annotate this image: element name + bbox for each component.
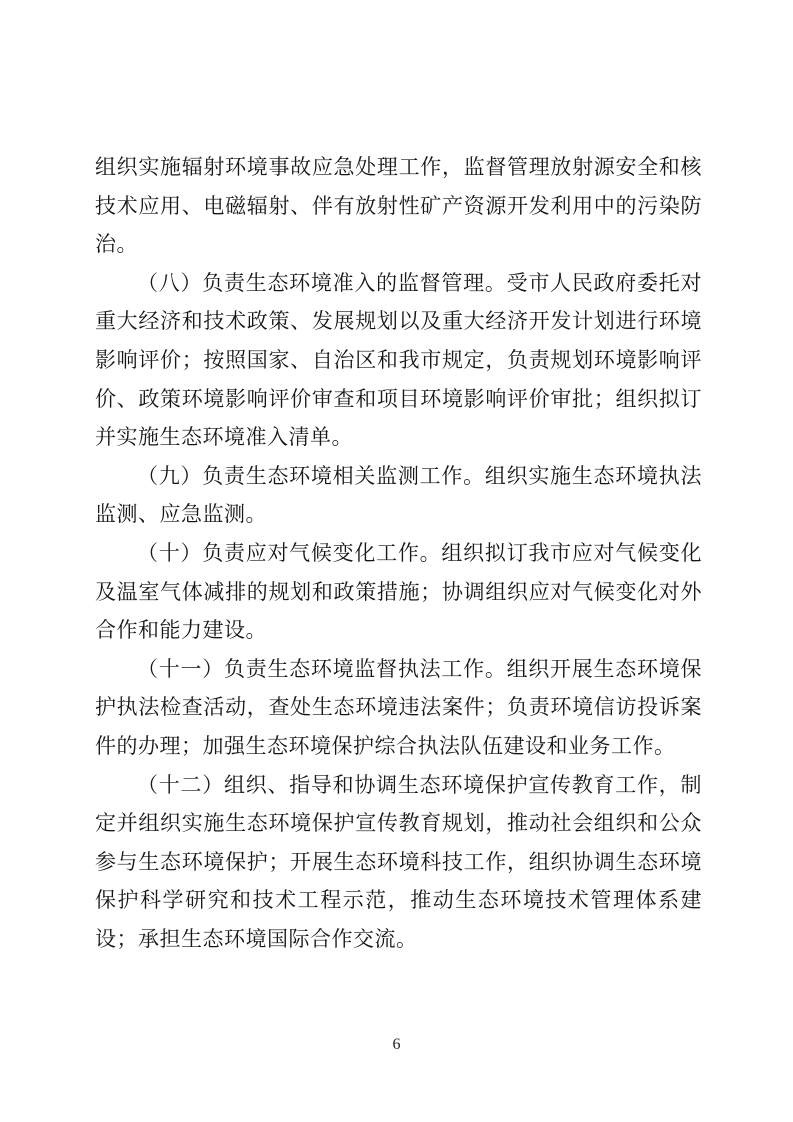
- paragraph: （八）负责生态环境准入的监督管理。受市人民政府委托对重大经济和技术政策、发展规划…: [95, 264, 702, 457]
- paragraph: （十二）组织、指导和协调生态环境保护宣传教育工作，制定并组织实施生态环境保护宣传…: [95, 766, 702, 959]
- page-footer: 6: [0, 1036, 793, 1054]
- paragraph: （十）负责应对气候变化工作。组织拟订我市应对气候变化及温室气体减排的规划和政策措…: [95, 534, 702, 650]
- document-page: 组织实施辐射环境事故应急处理工作，监督管理放射源安全和核技术应用、电磁辐射、伴有…: [0, 0, 793, 1122]
- paragraph: （九）负责生态环境相关监测工作。组织实施生态环境执法监测、应急监测。: [95, 457, 702, 534]
- paragraph: （十一）负责生态环境监督执法工作。组织开展生态环境保护执法检查活动，查处生态环境…: [95, 650, 702, 766]
- page-number: 6: [393, 1036, 401, 1053]
- document-body: 组织实施辐射环境事故应急处理工作，监督管理放射源安全和核技术应用、电磁辐射、伴有…: [95, 148, 702, 958]
- paragraph: 组织实施辐射环境事故应急处理工作，监督管理放射源安全和核技术应用、电磁辐射、伴有…: [95, 148, 702, 264]
